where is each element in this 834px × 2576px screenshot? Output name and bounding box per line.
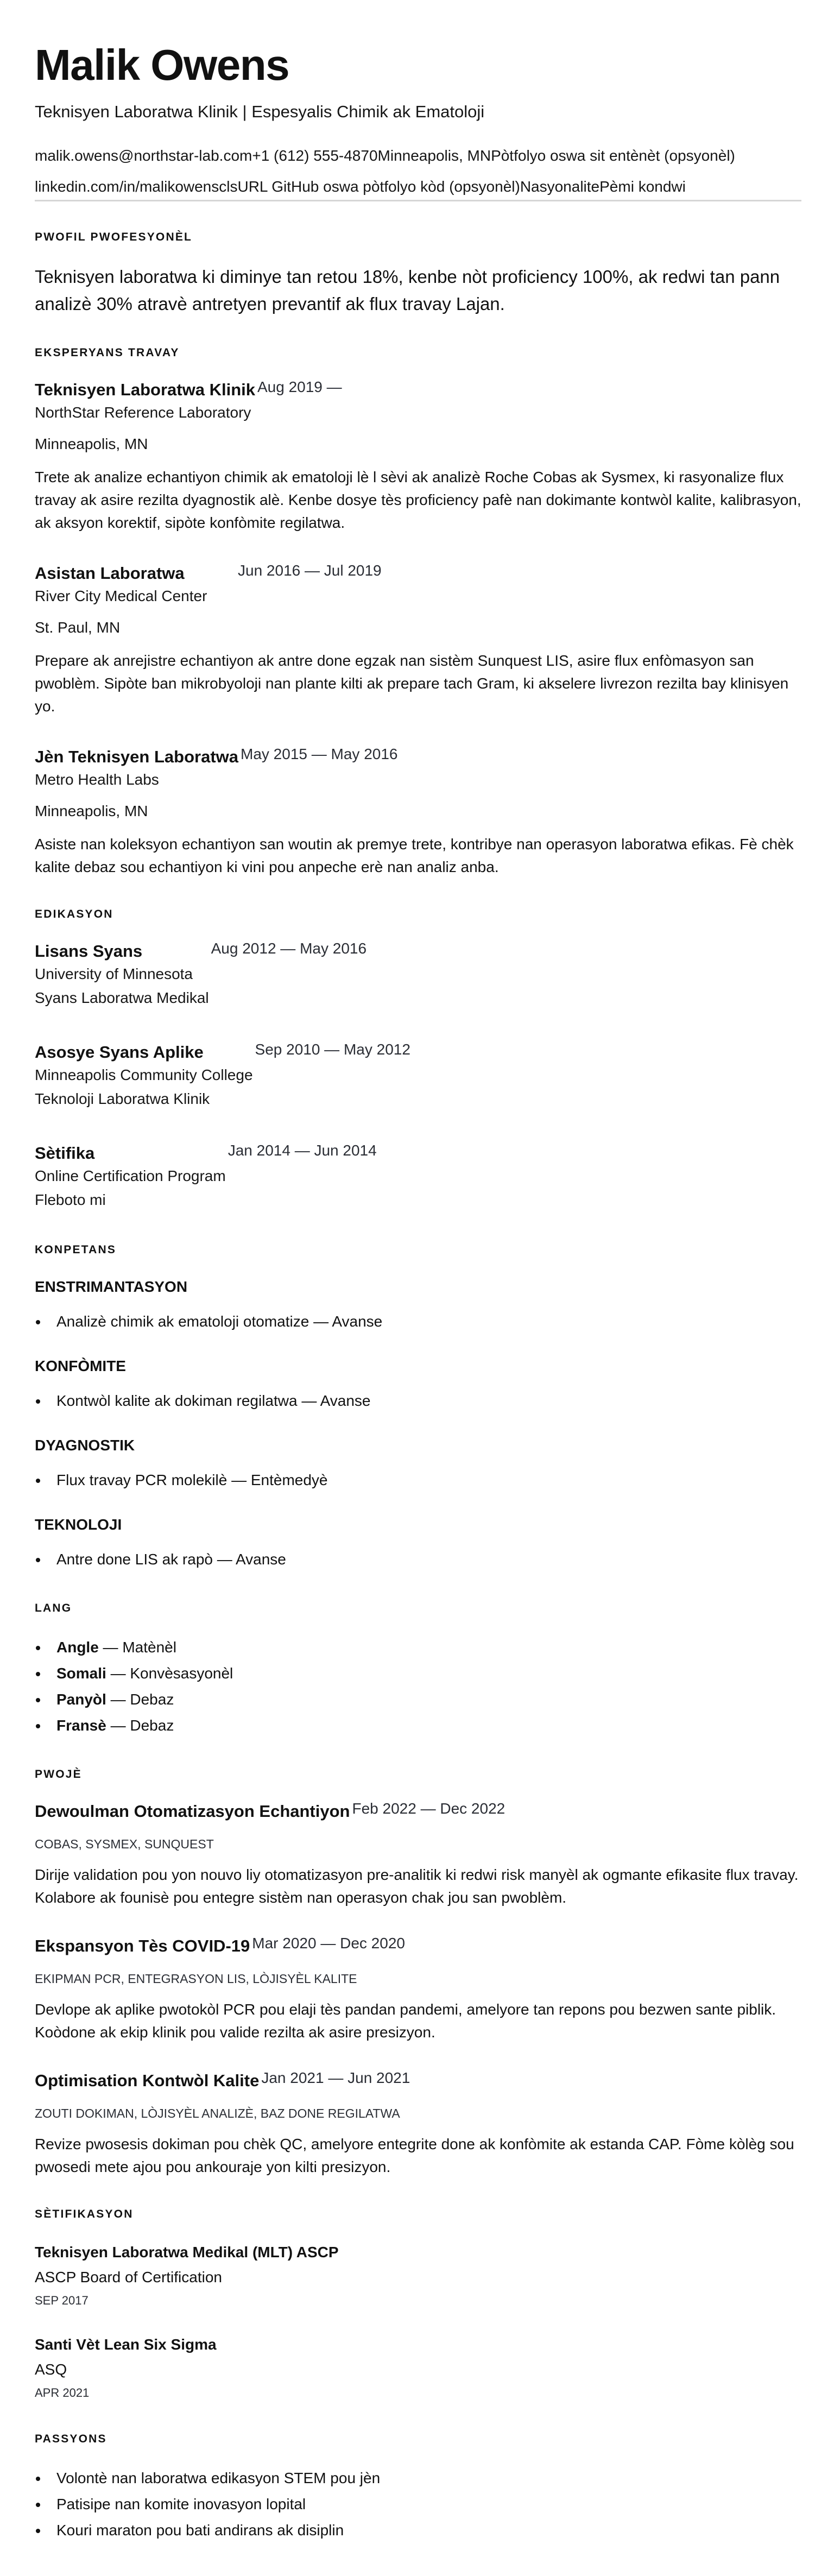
education-entry: Sètifika Jan 2014 — Jun 2014 Online Cert… [35,1142,799,1212]
skill-group: DYAGNOSTIK Flux travay PCR molekilè — En… [35,1435,799,1493]
skill-item: Analizè chimik ak ematoloji otomatize — … [35,1309,799,1335]
contact-phone[interactable]: +1 (612) 555-4870 [252,140,377,171]
skill-group: KONFÒMITE Kontwòl kalite ak dokiman regi… [35,1355,799,1414]
section-title: Passyons [35,2433,799,2446]
skill-category: KONFÒMITE [35,1355,799,1377]
contact-location: Minneapolis, MN [378,140,491,171]
contact-website[interactable]: Pòtfolyo oswa sit entènèt (opsyonèl) [491,140,735,171]
certification-issuer: ASCP Board of Certification [35,2264,799,2290]
job-dates: May 2015 — May 2016 [241,746,398,762]
degree: Asosye Syans Aplike [35,1041,253,1063]
interest-list: Volontè nan laboratwa edikasyon STEM pou… [35,2465,799,2543]
contact-linkedin[interactable]: linkedin.com/in/malikowenscls [35,171,237,202]
interest-item: Patisipe nan komite inovasyon lopital [35,2491,799,2517]
field-of-study: Teknoloji Laboratwa Klinik [35,1087,253,1111]
experience-entry: Teknisyen Laboratwa Klinik Aug 2019 — No… [35,379,799,534]
language-level: Matènèl [122,1639,176,1656]
job-dates: Aug 2019 — [257,379,342,395]
project-dates: Mar 2020 — Dec 2020 [252,1935,405,1952]
certification-entry: Teknisyen Laboratwa Medikal (MLT) ASCP A… [35,2240,799,2311]
project-entry: Dewoulman Otomatizasyon Echantiyon Feb 2… [35,1801,799,1909]
language-list: Angle — Matènèl Somali — Konvèsasyonèl P… [35,1634,799,1739]
job-company: River City Medical Center [35,584,236,608]
skill-item: Antre done LIS ak rapò — Avanse [35,1546,799,1573]
skill-category: ENSTRIMANTASYON [35,1276,799,1298]
section-title: Lang [35,1602,799,1615]
education-dates: Sep 2010 — May 2012 [255,1041,410,1058]
education-entry: Asosye Syans Aplike Sep 2010 — May 2012 … [35,1041,799,1111]
project-description: Dirije validation pou yon nouvo liy otom… [35,1864,806,1909]
certification-name: Santi Vèt Lean Six Sigma [35,2333,799,2357]
job-description: Asiste nan koleksyon echantiyon san wout… [35,833,806,879]
field-of-study: Syans Laboratwa Medikal [35,986,209,1010]
contact-email[interactable]: malik.owens@northstar-lab.com [35,140,252,171]
degree: Lisans Syans [35,940,209,962]
interests-section: Passyons Volontè nan laboratwa edikasyon… [35,2433,799,2543]
language-name: Panyòl [56,1691,106,1708]
education-dates: Aug 2012 — May 2016 [211,940,367,957]
contact-info: malik.owens@northstar-lab.com +1 (612) 5… [35,140,806,202]
education-dates: Jan 2014 — Jun 2014 [228,1142,377,1159]
project-entry: Optimisation Kontwòl Kalite Jan 2021 — J… [35,2070,799,2179]
candidate-name: Malik Owens [35,41,799,89]
job-location: Minneapolis, MN [35,799,799,823]
job-description: Trete ak analize echantiyon chimik ak em… [35,466,806,534]
job-title: Jèn Teknisyen Laboratwa [35,746,238,768]
skill-group: TEKNOLOJI Antre done LIS ak rapò — Avans… [35,1514,799,1573]
job-company: Metro Health Labs [35,768,238,792]
job-dates: Jun 2016 — Jul 2019 [238,563,382,579]
job-description: Prepare ak anrejistre echantiyon ak antr… [35,649,806,718]
language-level: Konvèsasyonèl [130,1665,233,1682]
certification-date: Sep 2017 [35,2290,799,2311]
language-item: Somali — Konvèsasyonèl [35,1660,799,1687]
project-name: Optimisation Kontwòl Kalite [35,2070,259,2092]
resume-header: Malik Owens Teknisyen Laboratwa Klinik |… [35,41,799,201]
project-tags: Zouti Dokiman, Lòjisyèl Analizè, Baz Don… [35,2105,799,2122]
section-title: Konpetans [35,1243,799,1257]
experience-entry: Jèn Teknisyen Laboratwa May 2015 — May 2… [35,746,799,879]
project-description: Revize pwosesis dokiman pou chèk QC, ame… [35,2133,806,2179]
project-tags: Ekipman PCR, Entegrasyon LIS, Lòjisyèl K… [35,1970,799,1987]
skill-group: ENSTRIMANTASYON Analizè chimik ak ematol… [35,1276,799,1335]
language-item: Panyòl — Debaz [35,1687,799,1713]
certifications-section: Sètifikasyon Teknisyen Laboratwa Medikal… [35,2208,799,2403]
certification-issuer: ASQ [35,2357,799,2383]
summary-text: Teknisyen laboratwa ki diminye tan retou… [35,263,799,317]
candidate-headline: Teknisyen Laboratwa Klinik | Espesyalis … [35,101,799,123]
language-item: Angle — Matènèl [35,1634,799,1660]
skill-category: TEKNOLOJI [35,1514,799,1536]
project-name: Dewoulman Otomatizasyon Echantiyon [35,1801,350,1822]
contact-github[interactable]: URL GitHub oswa pòtfolyo kòd (opsyonèl) [237,171,520,202]
languages-section: Lang Angle — Matènèl Somali — Konvèsasyo… [35,1602,799,1739]
project-tags: Cobas, Sysmex, Sunquest [35,1835,799,1853]
language-name: Angle [56,1639,99,1656]
field-of-study: Fleboto mi [35,1188,226,1212]
project-entry: Ekspansyon Tès COVID-19 Mar 2020 — Dec 2… [35,1935,799,2044]
experience-entry: Asistan Laboratwa Jun 2016 — Jul 2019 Ri… [35,563,799,718]
section-title: Eksperyans Travay [35,346,799,359]
contact-drivers-license: Pèmi kondwi [599,171,686,202]
language-name: Somali [56,1665,106,1682]
language-name: Fransè [56,1717,106,1734]
resume-page: Malik Owens Teknisyen Laboratwa Klinik |… [0,0,834,2576]
certification-entry: Santi Vèt Lean Six Sigma ASQ Apr 2021 [35,2333,799,2403]
certification-name: Teknisyen Laboratwa Medikal (MLT) ASCP [35,2240,799,2264]
skill-category: DYAGNOSTIK [35,1435,799,1456]
interest-item: Kouri maraton pou bati andirans ak disip… [35,2517,799,2543]
job-title: Teknisyen Laboratwa Klinik [35,379,255,401]
projects-section: Pwojè Dewoulman Otomatizasyon Echantiyon… [35,1768,799,2179]
education-entry: Lisans Syans Aug 2012 — May 2016 Univers… [35,940,799,1010]
section-title: Sètifikasyon [35,2208,799,2221]
education-section: Edikasyon Lisans Syans Aug 2012 — May 20… [35,908,799,1212]
project-name: Ekspansyon Tès COVID-19 [35,1935,250,1957]
school: Minneapolis Community College [35,1063,253,1087]
skill-item: Kontwòl kalite ak dokiman regilatwa — Av… [35,1388,799,1414]
section-title: Pwojè [35,1768,799,1781]
language-item: Fransè — Debaz [35,1713,799,1739]
contact-nationality: Nasyonalite [520,171,599,202]
school: University of Minnesota [35,962,209,986]
job-location: Minneapolis, MN [35,432,799,456]
interest-item: Volontè nan laboratwa edikasyon STEM pou… [35,2465,799,2491]
language-level: Debaz [130,1691,174,1708]
summary-section: Pwofil Pwofesyonèl Teknisyen laboratwa k… [35,231,799,317]
section-title: Edikasyon [35,908,799,921]
experience-section: Eksperyans Travay Teknisyen Laboratwa Kl… [35,346,799,879]
project-dates: Jan 2021 — Jun 2021 [261,2070,410,2086]
school: Online Certification Program [35,1164,226,1188]
skills-section: Konpetans ENSTRIMANTASYON Analizè chimik… [35,1243,799,1573]
job-location: St. Paul, MN [35,616,799,640]
language-level: Debaz [130,1717,174,1734]
job-company: NorthStar Reference Laboratory [35,401,255,425]
project-description: Devlope ak aplike pwotokòl PCR pou elaji… [35,1998,806,2044]
section-title: Pwofil Pwofesyonèl [35,231,799,244]
skill-item: Flux travay PCR molekilè — Entèmedyè [35,1467,799,1493]
project-dates: Feb 2022 — Dec 2022 [352,1801,505,1817]
certification-date: Apr 2021 [35,2383,799,2403]
job-title: Asistan Laboratwa [35,563,236,584]
degree: Sètifika [35,1142,226,1164]
